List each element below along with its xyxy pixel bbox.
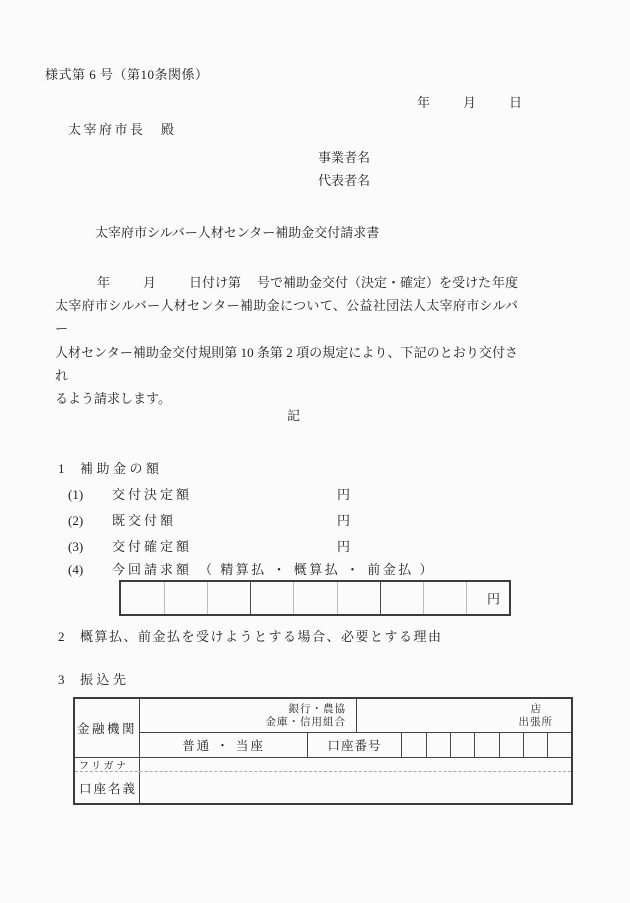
account-digit-cell[interactable] <box>426 733 450 757</box>
institution-name-field[interactable]: 銀行・農協 金庫・信用組合 <box>140 699 357 733</box>
date-day-label: 日 <box>509 92 522 111</box>
amount-digit-cell[interactable] <box>250 582 293 614</box>
item-2-label: 既交付額 <box>112 513 176 528</box>
institution-type-line1: 銀行・農協 <box>289 703 347 716</box>
blank-year-label: 年 <box>97 271 110 294</box>
furigana-field[interactable] <box>141 758 571 771</box>
section-2-label: 概算払、前金払を受けようとする場合、必要とする理由 <box>80 629 443 644</box>
branch-name-field[interactable]: 店 出張所 <box>357 699 571 733</box>
item-4-number: (4) <box>68 562 92 578</box>
fiscal-year-label: 年度 <box>492 271 518 294</box>
account-holder-label: 口座名義 <box>75 772 140 803</box>
item-3-number: (3) <box>68 539 92 555</box>
account-digit-cell[interactable] <box>523 733 547 757</box>
grant-decision-text: 号で補助金交付（決定・確定）を受けた <box>257 271 491 294</box>
paragraph-line-2: 太宰府市シルバー人材センター補助金について、公益社団法人太宰府市シルバー <box>55 294 518 340</box>
document-title: 太宰府市シルバー人材センター補助金交付請求書 <box>95 222 379 241</box>
date-year-label: 年 <box>417 92 430 111</box>
account-holder-field[interactable] <box>141 772 571 803</box>
item-1-yen-label: 円 <box>337 484 350 503</box>
section-1-number: 1 <box>58 461 80 477</box>
account-digit-cell[interactable] <box>402 733 426 757</box>
item-current-claim-amount: (4)今回請求額（ 精算払 ・ 概算払 ・ 前金払 ） <box>68 559 488 577</box>
account-digit-cell[interactable] <box>450 733 474 757</box>
payment-type-options: （ 精算払 ・ 概算払 ・ 前金払 ） <box>199 562 435 577</box>
record-mark: 記 <box>287 405 301 424</box>
item-2-yen-label: 円 <box>337 510 350 529</box>
section-2-heading: 2概算払、前金払を受けようとする場合、必要とする理由 <box>58 626 443 645</box>
branch-label-line1: 店 <box>531 703 543 716</box>
amount-digit-cell[interactable] <box>423 582 466 614</box>
item-grant-confirmed-amount: (3)交付確定額 円 <box>68 536 488 554</box>
business-name-label: 事業者名 <box>318 147 370 166</box>
body-paragraph: 年 月 日付け第 号で補助金交付（決定・確定）を受けた 年度 太宰府市シルバー人… <box>55 271 518 410</box>
blank-month-label: 月 <box>143 271 156 294</box>
amount-entry-box: 円 <box>119 580 511 616</box>
item-3-label: 交付確定額 <box>112 539 192 554</box>
amount-digit-cell[interactable] <box>207 582 250 614</box>
financial-institution-label: 金融機関 <box>75 699 140 757</box>
section-1-heading: 1補助金の額 <box>58 458 163 477</box>
item-already-paid-amount: (2)既交付額 円 <box>68 510 488 528</box>
account-digit-cell[interactable] <box>474 733 498 757</box>
section-1-label: 補助金の額 <box>80 461 163 476</box>
date-month-label: 月 <box>463 92 476 111</box>
dated-no-label: 日付け第 <box>189 271 241 294</box>
bank-transfer-table: 金融機関 銀行・農協 金庫・信用組合 店 出張所 普通 ・ 当座 口座番号 フリ… <box>73 697 573 805</box>
item-1-number: (1) <box>68 487 92 503</box>
item-1-label: 交付決定額 <box>112 487 192 502</box>
amount-yen-label: 円 <box>487 589 500 608</box>
amount-digit-cell[interactable] <box>380 582 423 614</box>
institution-type-line2: 金庫・信用組合 <box>266 716 347 729</box>
item-2-number: (2) <box>68 513 92 529</box>
item-3-yen-label: 円 <box>337 536 350 555</box>
account-digit-cell[interactable] <box>547 733 571 757</box>
account-number-label: 口座番号 <box>308 733 402 757</box>
item-grant-decided-amount: (1)交付決定額 円 <box>68 484 488 502</box>
amount-digit-cells <box>121 582 509 614</box>
document-page: { "document": { "form_number": "様式第 6 号（… <box>0 0 630 903</box>
section-3-heading: 3振込先 <box>58 669 130 688</box>
paragraph-line-1: 年 月 日付け第 号で補助金交付（決定・確定）を受けた 年度 <box>55 271 518 294</box>
section-3-number: 3 <box>58 672 80 688</box>
account-number-digit-cells <box>402 733 571 757</box>
furigana-label: フリガナ <box>75 758 140 771</box>
account-type-choice[interactable]: 普通 ・ 当座 <box>140 733 308 757</box>
amount-digit-cell[interactable] <box>121 582 164 614</box>
date-line: 年 月 日 <box>417 92 522 111</box>
form-number: 様式第 6 号（第10条関係） <box>45 64 209 83</box>
representative-name-label: 代表者名 <box>318 170 370 189</box>
paragraph-line-3: 人材センター補助金交付規則第 10 条第 2 項の規定により、下記のとおり交付さ… <box>55 341 518 387</box>
branch-label-line2: 出張所 <box>519 716 554 729</box>
item-4-label: 今回請求額 <box>112 562 192 577</box>
section-2-number: 2 <box>58 629 80 645</box>
amount-digit-cell[interactable] <box>293 582 336 614</box>
addressee: 太宰府市長 殿 <box>68 119 177 138</box>
section-3-label: 振込先 <box>80 672 130 687</box>
account-digit-cell[interactable] <box>499 733 523 757</box>
amount-digit-cell[interactable] <box>337 582 380 614</box>
amount-digit-cell[interactable] <box>164 582 207 614</box>
